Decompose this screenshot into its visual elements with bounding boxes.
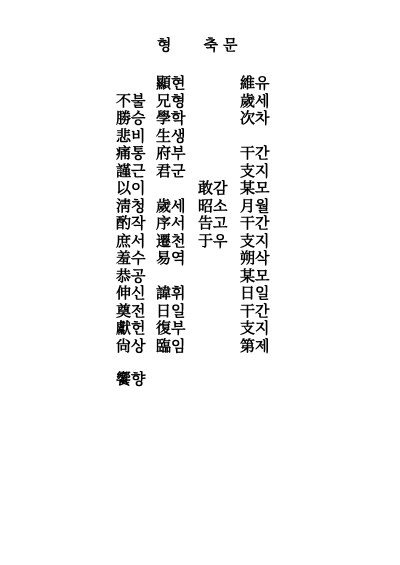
pair-r5c2: 府부	[156, 145, 198, 163]
pair-r5c4: 干간	[240, 145, 272, 163]
pair-r14c4: 干간	[240, 303, 272, 321]
title-char-chuk: 축	[204, 36, 219, 54]
pair-r8c2: 歲세	[156, 198, 198, 216]
pair-r13c1: 伸신	[116, 285, 156, 303]
pair-r3c3	[198, 110, 240, 128]
pair-r2c1: 不불	[116, 93, 156, 111]
pair-r10c1: 庶서	[116, 233, 156, 251]
chukmun-text-grid: 顯현維유不불兄형歲세勝승學학次차悲비生생痛통府부干간謹근君군支지以이敢감某모淸청…	[116, 75, 272, 355]
pair-r7c2	[156, 180, 198, 198]
pair-r8c4: 月월	[240, 198, 272, 216]
pair-r6c3	[198, 163, 240, 181]
pair-r11c4: 朔삭	[240, 250, 272, 268]
pair-r7c3: 敢감	[198, 180, 240, 198]
pair-r6c1: 謹근	[116, 163, 156, 181]
pair-r9c4: 干간	[240, 215, 272, 233]
pair-r16c2: 臨임	[156, 338, 198, 356]
title-char-hyeong: 형	[157, 36, 172, 54]
pair-r1c1	[116, 75, 156, 93]
pair-r8c1: 淸청	[116, 198, 156, 216]
title-char-mun: 문	[223, 36, 238, 54]
pair-r8c3: 昭소	[198, 198, 240, 216]
pair-r16c3	[198, 338, 240, 356]
pair-r15c4: 支지	[240, 320, 272, 338]
pair-r6c4: 支지	[240, 163, 272, 181]
pair-r2c3	[198, 93, 240, 111]
pair-r3c1: 勝승	[116, 110, 156, 128]
pair-r14c1: 奠전	[116, 303, 156, 321]
pair-r9c2: 序서	[156, 215, 198, 233]
document-page: 형축문 顯현維유不불兄형歲세勝승學학次차悲비生생痛통府부干간謹근君군支지以이敢감…	[0, 0, 400, 565]
pair-r11c1: 羞수	[116, 250, 156, 268]
pair-r13c2: 諱휘	[156, 285, 198, 303]
pair-r15c2: 復부	[156, 320, 198, 338]
pair-r14c3	[198, 303, 240, 321]
pair-r7c4: 某모	[240, 180, 272, 198]
page-title: 형축문	[157, 34, 238, 55]
pair-r4c4	[240, 128, 272, 146]
pair-r15c3	[198, 320, 240, 338]
pair-r10c2: 遷천	[156, 233, 198, 251]
pair-r9c1: 酌작	[116, 215, 156, 233]
pair-r11c2: 易역	[156, 250, 198, 268]
pair-r5c3	[198, 145, 240, 163]
pair-r14c2: 日일	[156, 303, 198, 321]
pair-r11c3	[198, 250, 240, 268]
pair-r7c1: 以이	[116, 180, 156, 198]
pair-r12c2	[156, 268, 198, 286]
pair-r3c2: 學학	[156, 110, 198, 128]
pair-r4c2: 生생	[156, 128, 198, 146]
pair-r1c3	[198, 75, 240, 93]
pair-r13c3	[198, 285, 240, 303]
pair-r6c2: 君군	[156, 163, 198, 181]
pair-r10c4: 支지	[240, 233, 272, 251]
pair-r4c3	[198, 128, 240, 146]
pair-r15c1: 獻헌	[116, 320, 156, 338]
pair-r16c1: 尙상	[116, 338, 156, 356]
pair-r13c4: 日일	[240, 285, 272, 303]
pair-r1c4: 維유	[240, 75, 272, 93]
pair-r2c2: 兄형	[156, 93, 198, 111]
pair-r4c1: 悲비	[116, 128, 156, 146]
pair-r2c4: 歲세	[240, 93, 272, 111]
pair-r12c3	[198, 268, 240, 286]
pair-r1c2: 顯현	[156, 75, 198, 93]
pair-r5c1: 痛통	[116, 145, 156, 163]
pair-r9c3: 告고	[198, 215, 240, 233]
pair-r16c4: 第제	[240, 338, 272, 356]
pair-r10c3: 于우	[198, 233, 240, 251]
closing-hyang: 饗향	[116, 371, 146, 389]
pair-r3c4: 次차	[240, 110, 272, 128]
pair-r12c1: 恭공	[116, 268, 156, 286]
pair-r12c4: 某모	[240, 268, 272, 286]
